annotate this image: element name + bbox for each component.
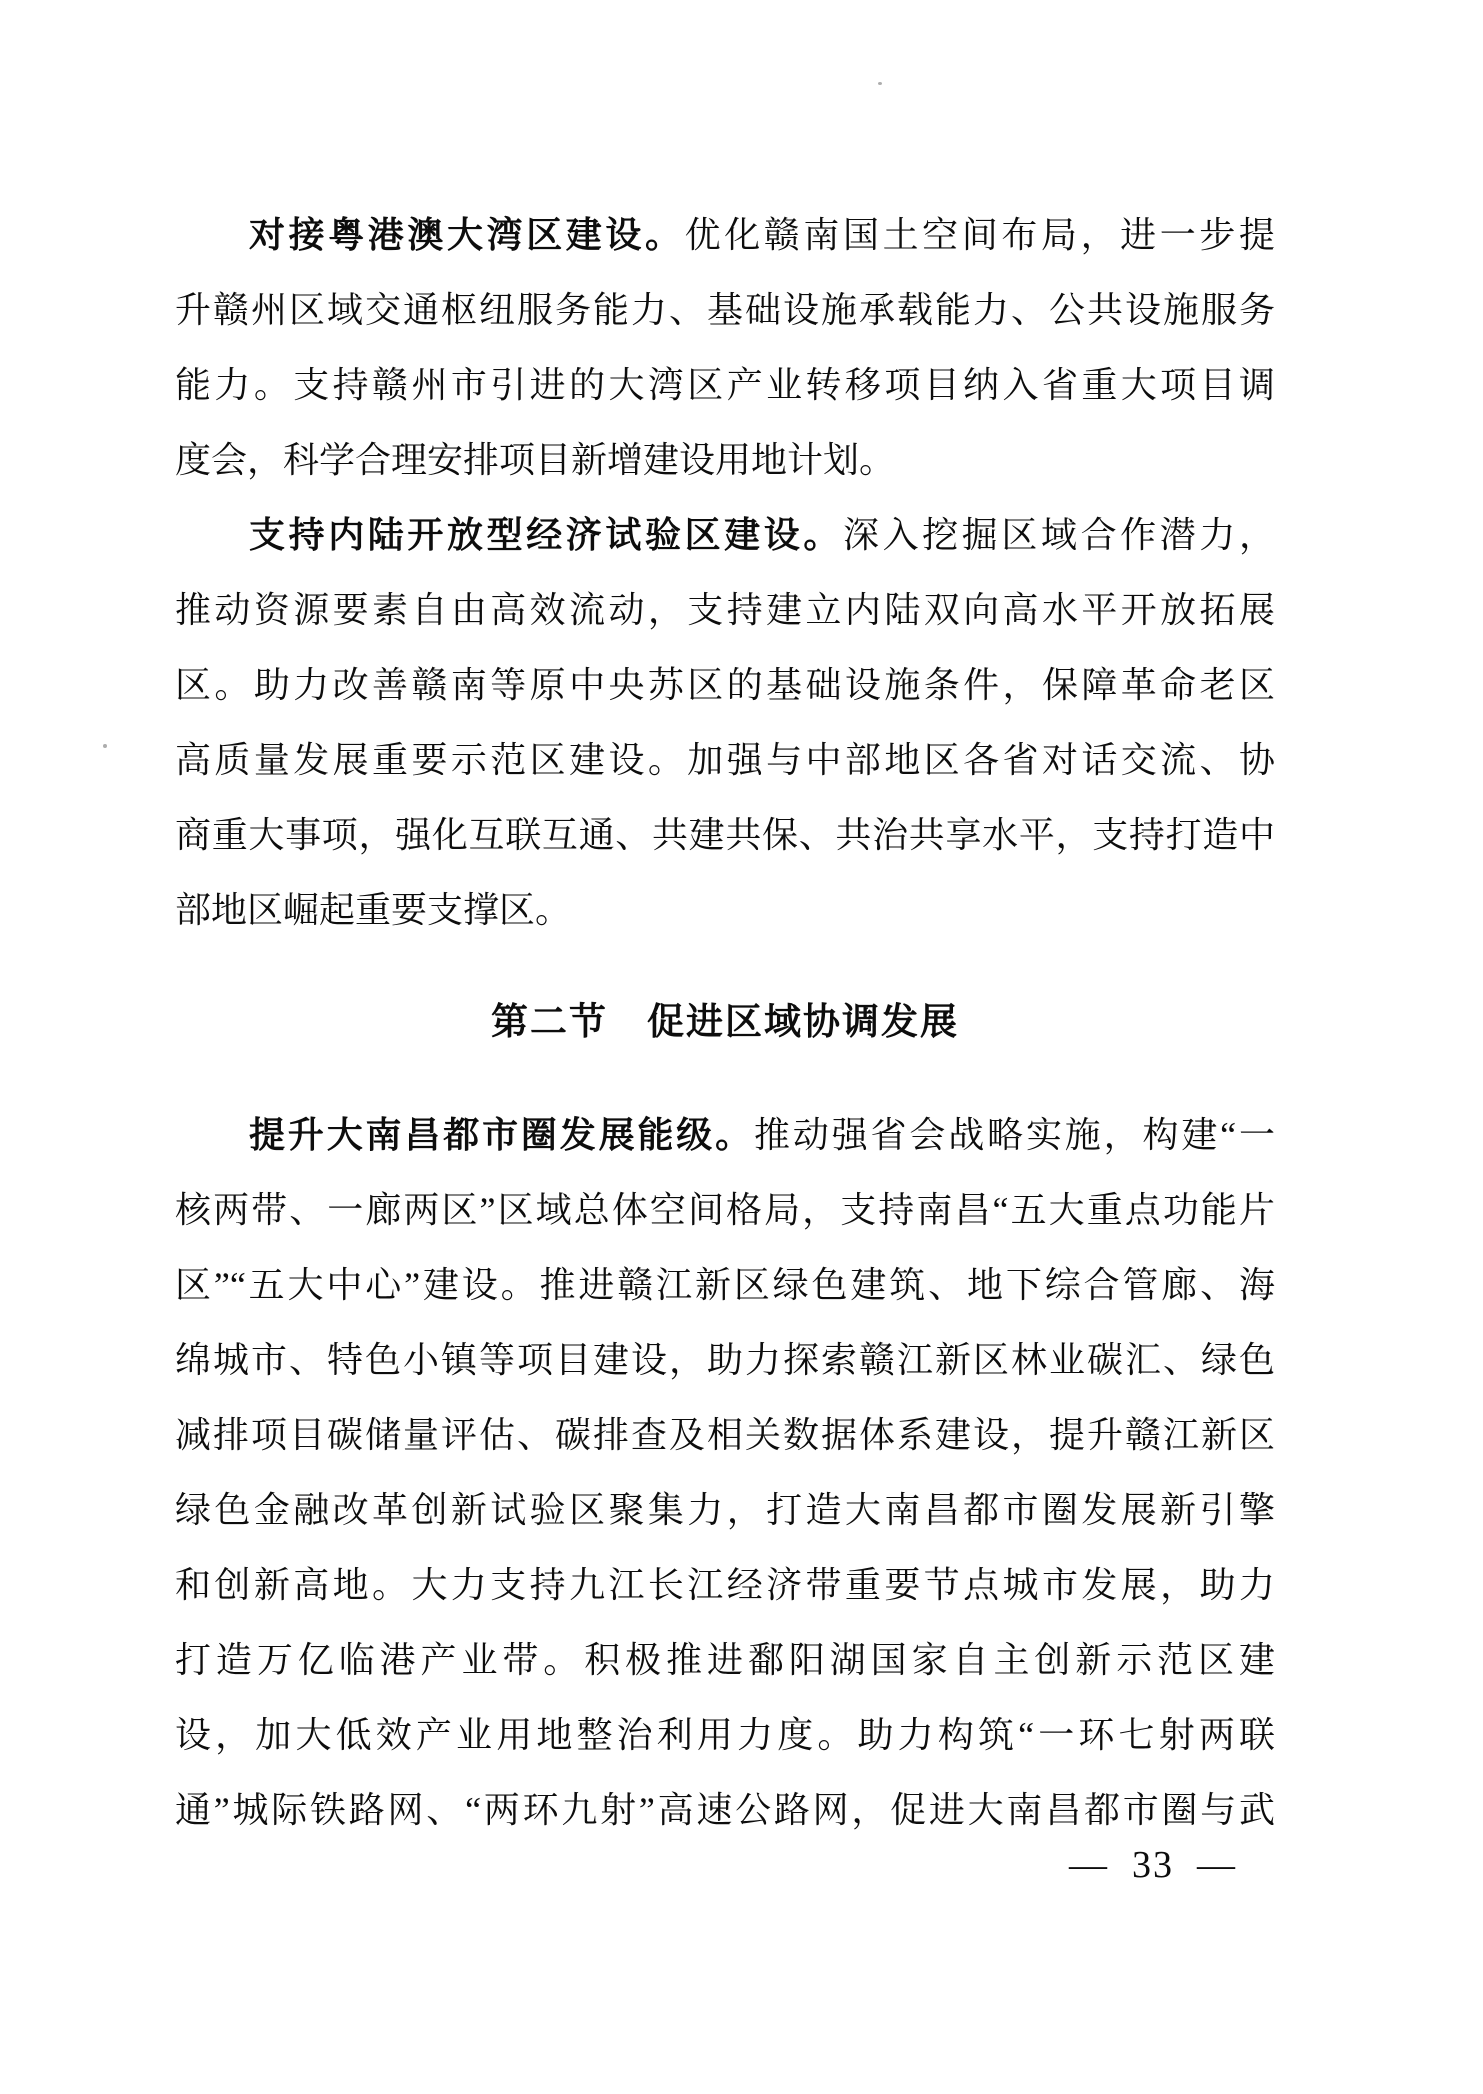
document-page: 对接粤港澳大湾区建设。优化赣南国土空间布局，进一步提升赣州区域交通枢纽服务能力、… bbox=[0, 0, 1483, 2094]
text-line: 度会，科学合理安排项目新增建设用地计划。 bbox=[175, 423, 1275, 498]
paragraph-text: 能力。支持赣州市引进的大湾区产业转移项目纳入省重大项目调 bbox=[175, 365, 1275, 405]
document-body: 对接粤港澳大湾区建设。优化赣南国土空间布局，进一步提升赣州区域交通枢纽服务能力、… bbox=[175, 198, 1275, 1848]
paragraph-lead: 对接粤港澳大湾区建设。 bbox=[249, 215, 685, 255]
section-heading: 第二节 促进区域协调发展 bbox=[175, 985, 1275, 1060]
paragraph-text: 高质量发展重要示范区建设。加强与中部地区各省对话交流、协 bbox=[175, 740, 1275, 780]
text-line: 对接粤港澳大湾区建设。优化赣南国土空间布局，进一步提 bbox=[175, 198, 1275, 273]
text-line: 推动资源要素自由高效流动，支持建立内陆双向高水平开放拓展 bbox=[175, 573, 1275, 648]
paragraph-text: 区。助力改善赣南等原中央苏区的基础设施条件，保障革命老区 bbox=[175, 665, 1275, 705]
paragraph-text: 绿色金融改革创新试验区聚集力，打造大南昌都市圈发展新引擎 bbox=[175, 1490, 1275, 1530]
scan-speck bbox=[878, 82, 882, 85]
page-number: — 33 — bbox=[1069, 1845, 1237, 1885]
paragraph-text: 部地区崛起重要支撑区。 bbox=[175, 890, 571, 930]
paragraph-text: 推动强省会战略实施，构建“一 bbox=[754, 1115, 1275, 1155]
text-line: 打造万亿临港产业带。积极推进鄱阳湖国家自主创新示范区建 bbox=[175, 1623, 1275, 1698]
paragraph-text: 深入挖掘区域合作潜力， bbox=[843, 515, 1275, 555]
paragraph-text: 推动资源要素自由高效流动，支持建立内陆双向高水平开放拓展 bbox=[175, 590, 1275, 630]
text-line: 升赣州区域交通枢纽服务能力、基础设施承载能力、公共设施服务 bbox=[175, 273, 1275, 348]
paragraph-text: 度会，科学合理安排项目新增建设用地计划。 bbox=[175, 440, 895, 480]
paragraph-lead: 提升大南昌都市圈发展能级。 bbox=[249, 1115, 754, 1155]
text-line: 高质量发展重要示范区建设。加强与中部地区各省对话交流、协 bbox=[175, 723, 1275, 798]
paragraph-text: 商重大事项，强化互联互通、共建共保、共治共享水平，支持打造中 bbox=[175, 815, 1275, 855]
text-line: 区”“五大中心”建设。推进赣江新区绿色建筑、地下综合管廊、海 bbox=[175, 1248, 1275, 1323]
text-line: 区。助力改善赣南等原中央苏区的基础设施条件，保障革命老区 bbox=[175, 648, 1275, 723]
paragraph-text: 设，加大低效产业用地整治利用力度。助力构筑“一环七射两联 bbox=[175, 1715, 1275, 1755]
paragraph-text: 减排项目碳储量评估、碳排查及相关数据体系建设，提升赣江新区 bbox=[175, 1415, 1275, 1455]
paragraph-text: 核两带、一廊两区”区域总体空间格局，支持南昌“五大重点功能片 bbox=[175, 1190, 1275, 1230]
text-line: 部地区崛起重要支撑区。 bbox=[175, 873, 1275, 948]
paragraph-text: 打造万亿临港产业带。积极推进鄱阳湖国家自主创新示范区建 bbox=[175, 1640, 1275, 1680]
text-line: 和创新高地。大力支持九江长江经济带重要节点城市发展，助力 bbox=[175, 1548, 1275, 1623]
text-line: 核两带、一廊两区”区域总体空间格局，支持南昌“五大重点功能片 bbox=[175, 1173, 1275, 1248]
paragraph-text: 和创新高地。大力支持九江长江经济带重要节点城市发展，助力 bbox=[175, 1565, 1275, 1605]
text-line: 提升大南昌都市圈发展能级。推动强省会战略实施，构建“一 bbox=[175, 1098, 1275, 1173]
text-line: 通”城际铁路网、“两环九射”高速公路网，促进大南昌都市圈与武 bbox=[175, 1773, 1275, 1848]
text-line: 绵城市、特色小镇等项目建设，助力探索赣江新区林业碳汇、绿色 bbox=[175, 1323, 1275, 1398]
text-line: 减排项目碳储量评估、碳排查及相关数据体系建设，提升赣江新区 bbox=[175, 1398, 1275, 1473]
paragraph-lead: 支持内陆开放型经济试验区建设。 bbox=[249, 515, 843, 555]
text-line: 商重大事项，强化互联互通、共建共保、共治共享水平，支持打造中 bbox=[175, 798, 1275, 873]
text-line: 绿色金融改革创新试验区聚集力，打造大南昌都市圈发展新引擎 bbox=[175, 1473, 1275, 1548]
text-line: 设，加大低效产业用地整治利用力度。助力构筑“一环七射两联 bbox=[175, 1698, 1275, 1773]
paragraph-text: 通”城际铁路网、“两环九射”高速公路网，促进大南昌都市圈与武 bbox=[175, 1790, 1275, 1830]
text-line: 支持内陆开放型经济试验区建设。深入挖掘区域合作潜力， bbox=[175, 498, 1275, 573]
paragraph-text: 区”“五大中心”建设。推进赣江新区绿色建筑、地下综合管廊、海 bbox=[175, 1265, 1275, 1305]
text-line: 能力。支持赣州市引进的大湾区产业转移项目纳入省重大项目调 bbox=[175, 348, 1275, 423]
paragraph-text: 绵城市、特色小镇等项目建设，助力探索赣江新区林业碳汇、绿色 bbox=[175, 1340, 1275, 1380]
scan-speck bbox=[103, 744, 107, 748]
paragraph-text: 升赣州区域交通枢纽服务能力、基础设施承载能力、公共设施服务 bbox=[175, 290, 1275, 330]
paragraph-text: 优化赣南国土空间布局，进一步提 bbox=[685, 215, 1275, 255]
